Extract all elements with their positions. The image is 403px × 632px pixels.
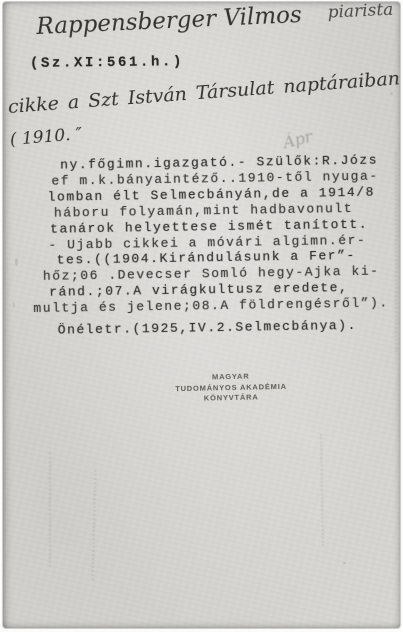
paper-speck	[13, 302, 15, 308]
faint-pencil-mark: Ápr	[281, 127, 314, 153]
typed-biography-block: ny.főgimn.igazgató.- Szülők:R.Józs ef m.…	[31, 149, 403, 339]
typed-reference-code: (Sz.XI:561.h.)	[30, 54, 184, 72]
handwritten-title: Rappensberger Vilmospiarista	[36, 0, 394, 40]
bleed-through-mark	[92, 470, 97, 580]
catalog-card-paper: Rappensberger Vilmospiarista (Sz.XI:561.…	[3, 2, 400, 628]
typed-autobiography-line: Önéletr.(1925,IV.2.Selmecbánya).	[58, 317, 403, 338]
paper-speck	[343, 562, 346, 564]
bleed-through-mark	[320, 434, 324, 546]
handwritten-society-line: cikke a Szt István Társulat naptáraiban	[7, 67, 400, 118]
handwritten-note-piarista: piarista	[327, 0, 394, 23]
bleed-through-mark	[395, 152, 397, 352]
handwritten-year-line: ( 1910. ″	[9, 124, 83, 150]
paper-speck	[390, 92, 393, 95]
person-name: Rappensberger Vilmos	[36, 2, 302, 40]
bleed-through-mark	[49, 452, 51, 567]
paper-speck	[15, 258, 18, 266]
library-stamp: MAGYAR TUDOMÁNYOS AKADÉMIA KÖNYVTÁRA	[166, 371, 297, 405]
